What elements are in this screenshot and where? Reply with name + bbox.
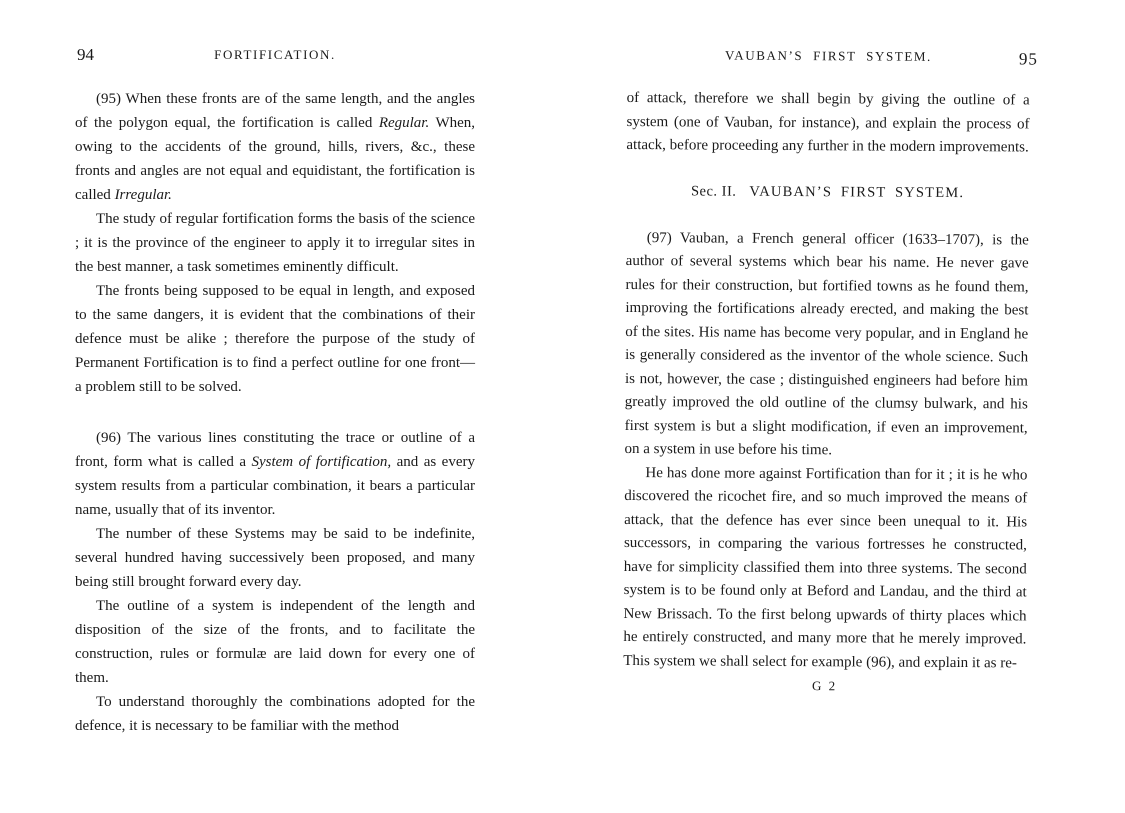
paragraph: (97) Vauban, a French general officer (1… (624, 226, 1028, 463)
right-page-text-main: (97) Vauban, a French general officer (1… (623, 226, 1029, 675)
paragraph: (95) When these fronts are of the same l… (75, 87, 475, 207)
paragraph: The outline of a system is independent o… (75, 594, 475, 690)
paragraph: He has done more against Fortification t… (623, 461, 1027, 675)
right-page-header: VAUBAN’S FIRST SYSTEM. 95 (627, 47, 1030, 68)
running-head-left: FORTIFICATION. (75, 47, 475, 63)
section-heading: Sec. II.VAUBAN’S FIRST SYSTEM. (626, 182, 1029, 201)
left-page-text: (95) When these fronts are of the same l… (75, 87, 475, 738)
paragraph: To understand thoroughly the combination… (75, 690, 475, 738)
left-page-header: 94 FORTIFICATION. (75, 47, 475, 66)
page-94: 94 FORTIFICATION. (95) When these fronts… (75, 47, 475, 738)
paragraph: The fronts being supposed to be equal in… (75, 279, 475, 399)
page-number-right: 95 (1019, 49, 1038, 68)
paragraph: (96) The various lines constituting the … (75, 426, 475, 522)
paragraph: of attack, therefore we shall begin by g… (626, 87, 1029, 160)
page-number-left: 94 (77, 45, 94, 64)
signature-mark: G 2 (623, 677, 1026, 695)
section-title: VAUBAN’S FIRST SYSTEM. (749, 183, 964, 200)
book-spread: 94 FORTIFICATION. (95) When these fronts… (0, 0, 1125, 813)
section-number: Sec. II. (691, 183, 737, 199)
page-95: VAUBAN’S FIRST SYSTEM. 95 of attack, the… (623, 47, 1030, 695)
paragraph: The study of regular fortification forms… (75, 207, 475, 279)
running-head-right: VAUBAN’S FIRST SYSTEM. (627, 47, 1030, 65)
right-page-text-top: of attack, therefore we shall begin by g… (626, 87, 1029, 160)
paragraph: The number of these Systems may be said … (75, 522, 475, 594)
